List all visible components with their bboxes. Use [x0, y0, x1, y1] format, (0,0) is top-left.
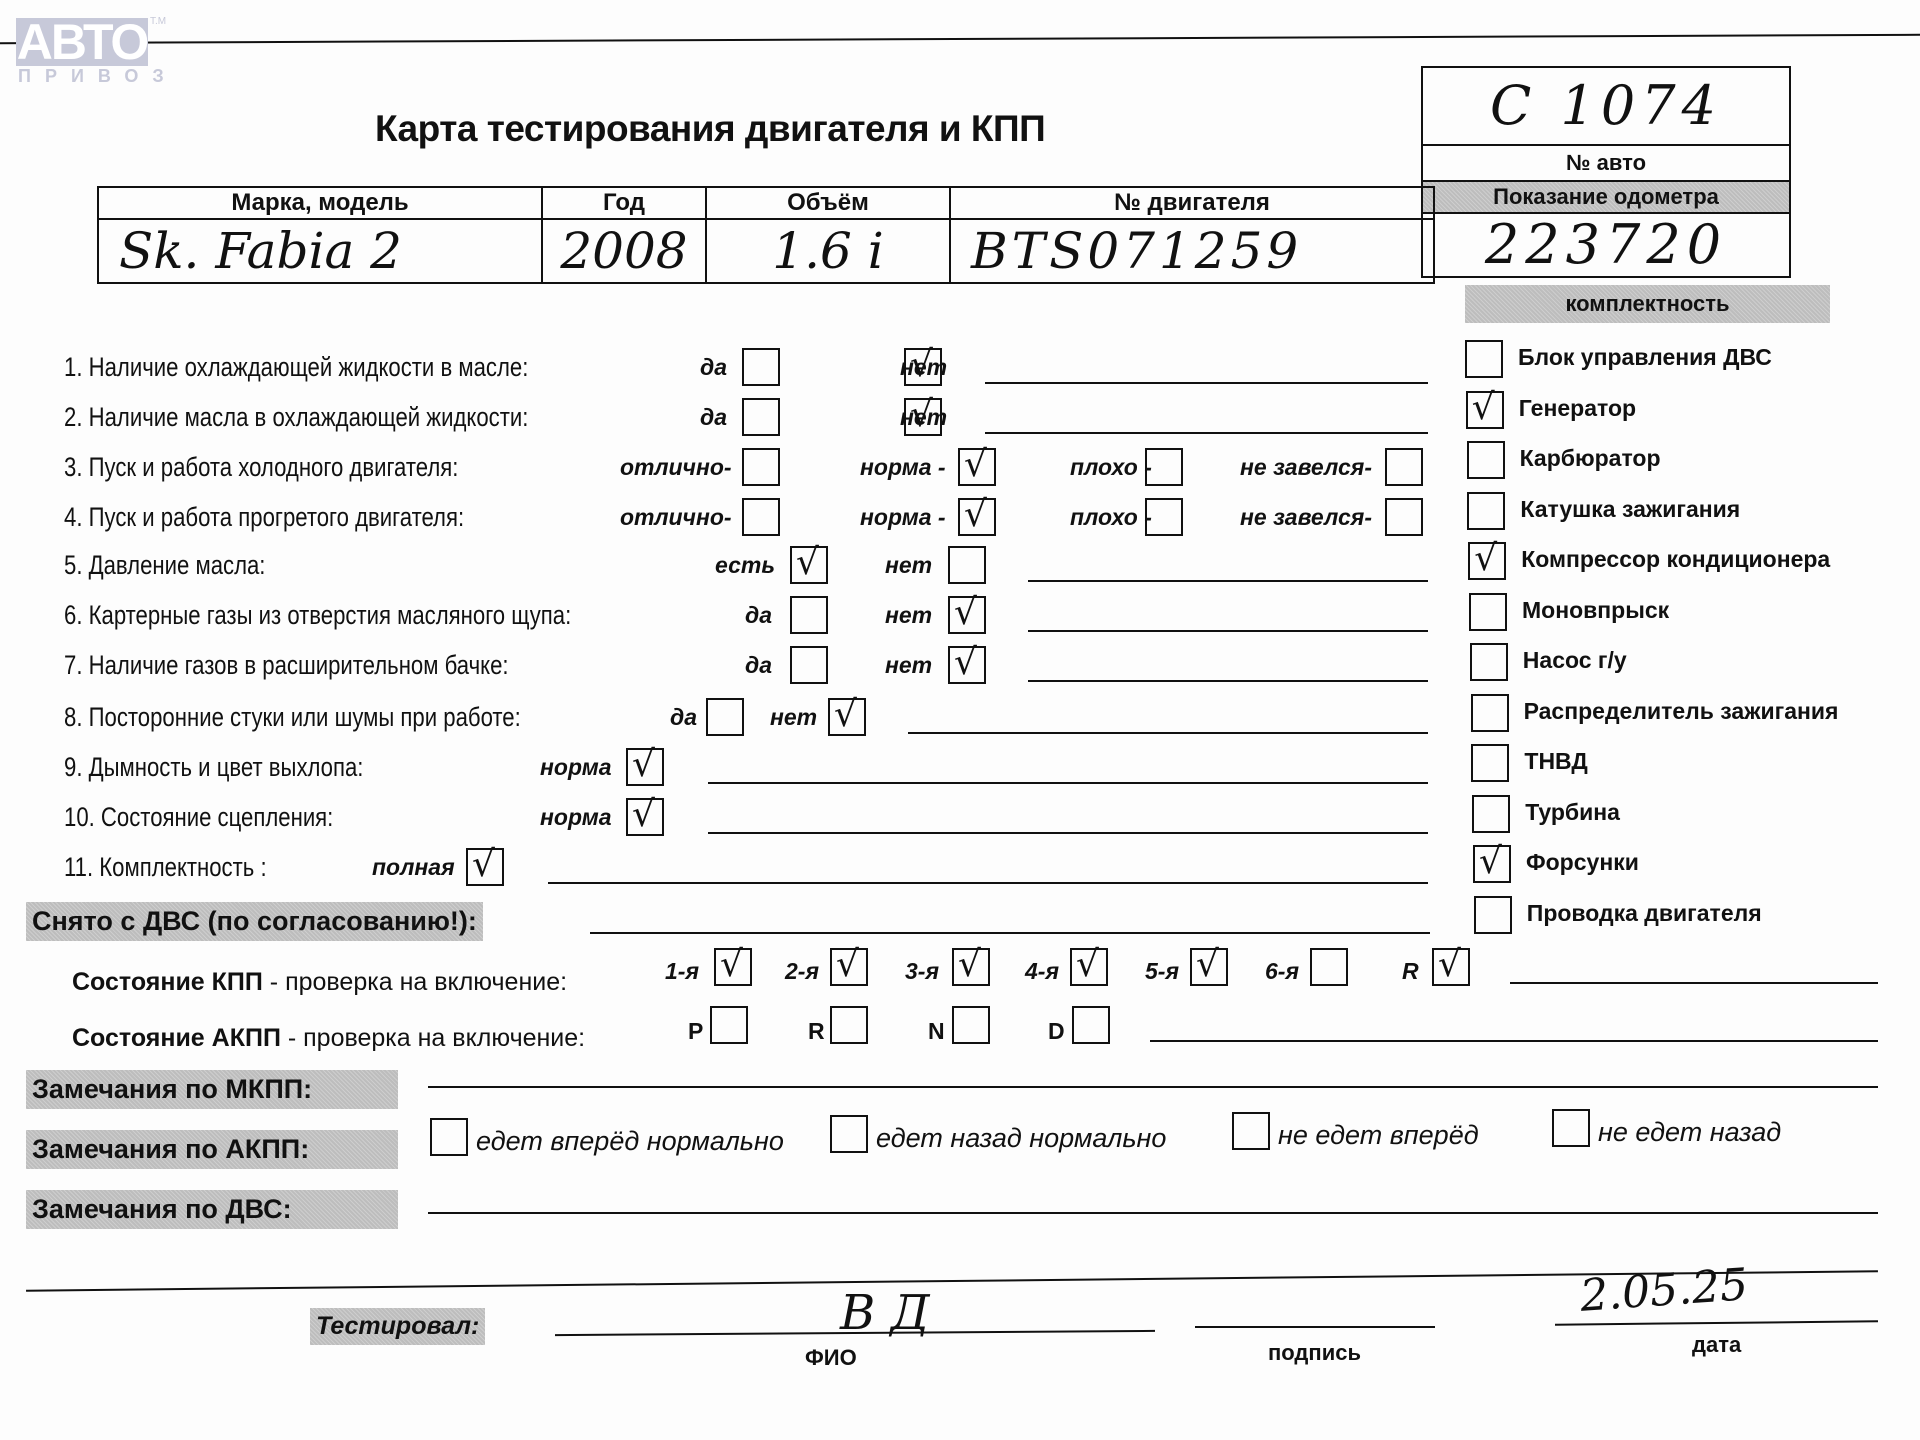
date-line — [1555, 1320, 1878, 1325]
akpp-remark-checkbox[interactable] — [1552, 1109, 1590, 1147]
removed-parts-label: Снято с ДВС (по согласованию!): — [26, 902, 483, 941]
col-header-year: Год — [542, 187, 706, 219]
auto-gear-label: P — [688, 1018, 703, 1045]
auto-gear-checkbox[interactable] — [830, 1006, 868, 1044]
logo: АВТО — [16, 18, 148, 66]
tested-by-label: Тестировал: — [310, 1308, 485, 1345]
komplektnost-item-label: Блок управления ДВС — [1518, 344, 1772, 371]
comment-line[interactable] — [1028, 630, 1428, 632]
checkbox-7-1[interactable] — [790, 646, 828, 684]
akpp-remark-label: не едет вперёд — [1278, 1120, 1479, 1151]
checkbox-4-1[interactable] — [742, 498, 780, 536]
option-label: да — [745, 602, 772, 629]
komplektnost-checkbox[interactable] — [1467, 441, 1505, 479]
gear-checkbox[interactable] — [714, 948, 752, 986]
gear-label: 1-я — [665, 958, 699, 985]
mkpp-remarks-line[interactable] — [428, 1086, 1878, 1088]
top-rule — [0, 34, 1920, 44]
akpp-remark-label: не едет назад — [1598, 1117, 1781, 1148]
option-label: нет — [770, 704, 817, 731]
checkbox-8-1[interactable] — [706, 698, 744, 736]
checkbox-1-2[interactable] — [904, 348, 942, 386]
checkbox-7-2[interactable] — [948, 646, 986, 684]
komplektnost-checkbox[interactable] — [1466, 391, 1504, 429]
make-model-value[interactable]: Sk. Fabia 2 — [98, 219, 542, 283]
komplektnost-checkbox[interactable] — [1469, 593, 1507, 631]
checkbox-8-2[interactable] — [828, 698, 866, 736]
checkbox-3-3[interactable] — [1145, 448, 1183, 486]
comment-line[interactable] — [908, 732, 1428, 734]
manual-gearbox-label: Состояние КПП - проверка на включение: — [72, 968, 567, 997]
gear-label: 4-я — [1025, 958, 1059, 985]
auto-gear-checkbox[interactable] — [952, 1006, 990, 1044]
checkbox-10-1[interactable] — [626, 798, 664, 836]
komplektnost-checkbox[interactable] — [1474, 896, 1512, 934]
checkbox-2-1[interactable] — [742, 398, 780, 436]
comment-line[interactable] — [548, 882, 1428, 884]
auto-gear-label: N — [928, 1018, 945, 1045]
checkbox-1-1[interactable] — [742, 348, 780, 386]
signature-line[interactable] — [1195, 1326, 1435, 1328]
signature-label: подпись — [1268, 1340, 1361, 1366]
date-value[interactable]: 2.05.25 — [1578, 1259, 1749, 1322]
comment-line[interactable] — [708, 832, 1428, 834]
option-label: нет — [885, 602, 932, 629]
gear-label: 3-я — [905, 958, 939, 985]
option-label: норма — [540, 804, 612, 831]
komplektnost-item-label: Насос г/у — [1523, 647, 1627, 674]
akpp-remark-label: едет вперёд нормально — [476, 1126, 784, 1157]
mkpp-remarks-label: Замечания по МКПП: — [26, 1070, 398, 1109]
comment-line[interactable] — [985, 382, 1428, 384]
dvs-remarks-label: Замечания по ДВС: — [26, 1190, 398, 1229]
dvs-remarks-line[interactable] — [428, 1212, 1878, 1214]
comment-line[interactable] — [1028, 580, 1428, 582]
komplektnost-item-label: Генератор — [1519, 395, 1636, 422]
checkbox-4-2[interactable] — [958, 498, 996, 536]
odometer-label: Показание одометра — [1423, 182, 1789, 214]
auto-gear-label: R — [808, 1018, 825, 1045]
checkbox-5-1[interactable] — [790, 546, 828, 584]
date-label: дата — [1692, 1332, 1741, 1358]
akpp-remarks-label: Замечания по АКПП: — [26, 1130, 398, 1169]
komplektnost-checkbox[interactable] — [1470, 643, 1508, 681]
checkbox-4-3[interactable] — [1145, 498, 1183, 536]
checkbox-3-1[interactable] — [742, 448, 780, 486]
option-label: нет — [885, 552, 932, 579]
option-label: полная — [372, 854, 455, 881]
komplektnost-item-label: Турбина — [1525, 799, 1620, 826]
auto-gear-checkbox[interactable] — [1072, 1006, 1110, 1044]
auto-gearbox-title: Состояние АКПП — [72, 1024, 281, 1052]
manual-gearbox-subtitle: - проверка на включение: — [263, 968, 567, 996]
checkbox-6-1[interactable] — [790, 596, 828, 634]
checklist-item-label: 2. Наличие масла в охлаждающей жидкости: — [64, 402, 528, 433]
option-label: норма - — [860, 504, 946, 531]
col-header-make-model: Марка, модель — [98, 187, 542, 219]
komplektnost-header: комплектность — [1465, 285, 1830, 323]
gear-checkbox[interactable] — [830, 948, 868, 986]
gear-checkbox[interactable] — [1190, 948, 1228, 986]
komplektnost-checkbox[interactable] — [1472, 795, 1510, 833]
volume-value[interactable]: 1.6 i — [706, 219, 950, 283]
checkbox-3-2[interactable] — [958, 448, 996, 486]
komplektnost-checkbox[interactable] — [1473, 845, 1511, 883]
checkbox-5-2[interactable] — [948, 546, 986, 584]
checklist-item-label: 6. Картерные газы из отверстия масляного… — [64, 600, 571, 631]
logo-trademark: T.M — [150, 16, 166, 27]
auto-gearbox-subtitle: - проверка на включение: — [281, 1024, 585, 1052]
comment-line[interactable] — [708, 782, 1428, 784]
option-label: плохо - — [1070, 504, 1152, 531]
komplektnost-checkbox[interactable] — [1465, 340, 1503, 378]
komplektnost-checkbox[interactable] — [1467, 492, 1505, 530]
checklist-item-label: 5. Давление масла: — [64, 550, 265, 581]
auto-number-label: № авто — [1423, 146, 1789, 182]
komplektnost-item-label: Проводка двигателя — [1527, 900, 1762, 927]
akpp-remark-label: едет назад нормально — [876, 1123, 1166, 1154]
auto-number-value[interactable]: C 1074 — [1423, 68, 1789, 146]
year-value[interactable]: 2008 — [542, 219, 706, 283]
page-title: Карта тестирования двигателя и КПП — [375, 108, 1045, 150]
checkbox-2-2[interactable] — [904, 398, 942, 436]
gear-label: 6-я — [1265, 958, 1299, 985]
checklist-item-label: 3. Пуск и работа холодного двигателя: — [64, 452, 458, 483]
checklist-item-label: 8. Посторонние стуки или шумы при работе… — [64, 702, 521, 733]
gear-label: 2-я — [785, 958, 819, 985]
checklist-item-label: 4. Пуск и работа прогретого двигателя: — [64, 502, 464, 533]
checklist-item-label: 1. Наличие охлаждающей жидкости в масле: — [64, 352, 528, 383]
komplektnost-checkbox[interactable] — [1471, 694, 1509, 732]
checkbox-3-4[interactable] — [1385, 448, 1423, 486]
option-label: норма - — [860, 454, 946, 481]
checklist-item-label: 9. Дымность и цвет выхлопа: — [64, 752, 363, 783]
gear-label: R — [1402, 958, 1419, 985]
checkbox-9-1[interactable] — [626, 748, 664, 786]
auto-gear-checkbox[interactable] — [710, 1006, 748, 1044]
option-label: нет — [885, 652, 932, 679]
gear-label: 5-я — [1145, 958, 1179, 985]
komplektnost-checkbox[interactable] — [1471, 744, 1509, 782]
option-label: есть — [715, 552, 775, 579]
gear-checkbox[interactable] — [952, 948, 990, 986]
gear-checkbox[interactable] — [1432, 948, 1470, 986]
col-header-engine-number: № двигателя — [950, 187, 1434, 219]
comment-line[interactable] — [985, 432, 1428, 434]
option-label: да — [670, 704, 697, 731]
komplektnost-item-label: Распределитель зажигания — [1524, 698, 1839, 725]
logo-subtext: ПРИВОЗ — [18, 66, 178, 87]
option-label: да — [700, 354, 727, 381]
option-label: не завелся- — [1240, 454, 1372, 481]
vehicle-info-table: Марка, модель Год Объём № двигателя Sk. … — [97, 186, 1435, 284]
checklist-item-label: 10. Состояние сцепления: — [64, 802, 333, 833]
komplektnost-item-label: ТНВД — [1524, 748, 1587, 775]
option-label: отлично- — [620, 504, 732, 531]
komplektnost-item-label: Форсунки — [1526, 849, 1639, 876]
checkbox-6-2[interactable] — [948, 596, 986, 634]
option-label: норма — [540, 754, 612, 781]
option-label: да — [700, 404, 727, 431]
removed-parts-line[interactable] — [590, 932, 1430, 934]
checkbox-11-1[interactable] — [466, 848, 504, 886]
gear-checkbox[interactable] — [1310, 948, 1348, 986]
checklist-item-label: 11. Комплектность : — [64, 852, 267, 883]
option-label: плохо - — [1070, 454, 1152, 481]
comment-line[interactable] — [1028, 680, 1428, 682]
auto-gear-label: D — [1048, 1018, 1065, 1045]
option-label: да — [745, 652, 772, 679]
auto-number-box: C 1074 № авто Показание одометра 223720 — [1421, 66, 1791, 278]
komplektnost-checkbox[interactable] — [1468, 542, 1506, 580]
option-label: не завелся- — [1240, 504, 1372, 531]
akpp-remark-checkbox[interactable] — [1232, 1112, 1270, 1150]
engine-number-value[interactable]: BTS071259 — [950, 219, 1434, 283]
auto-gearbox-line[interactable] — [1150, 1040, 1878, 1042]
akpp-remark-checkbox[interactable] — [830, 1115, 868, 1153]
col-header-volume: Объём — [706, 187, 950, 219]
komplektnost-item-label: Компрессор кондиционера — [1521, 546, 1830, 573]
akpp-remark-checkbox[interactable] — [430, 1118, 468, 1156]
komplektnost-item-label: Катушка зажигания — [1520, 496, 1740, 523]
komplektnost-item-label: Моновпрыск — [1522, 597, 1669, 624]
checkbox-4-4[interactable] — [1385, 498, 1423, 536]
auto-gearbox-label: Состояние АКПП - проверка на включение: — [72, 1024, 585, 1053]
manual-gearbox-line[interactable] — [1510, 982, 1878, 984]
checklist-item-label: 7. Наличие газов в расширительном бачке: — [64, 650, 509, 681]
fio-label: ФИО — [805, 1345, 857, 1371]
gear-checkbox[interactable] — [1070, 948, 1108, 986]
odometer-value[interactable]: 223720 — [1423, 214, 1789, 276]
manual-gearbox-title: Состояние КПП — [72, 968, 263, 996]
komplektnost-item-label: Карбюратор — [1520, 445, 1661, 472]
option-label: отлично- — [620, 454, 732, 481]
